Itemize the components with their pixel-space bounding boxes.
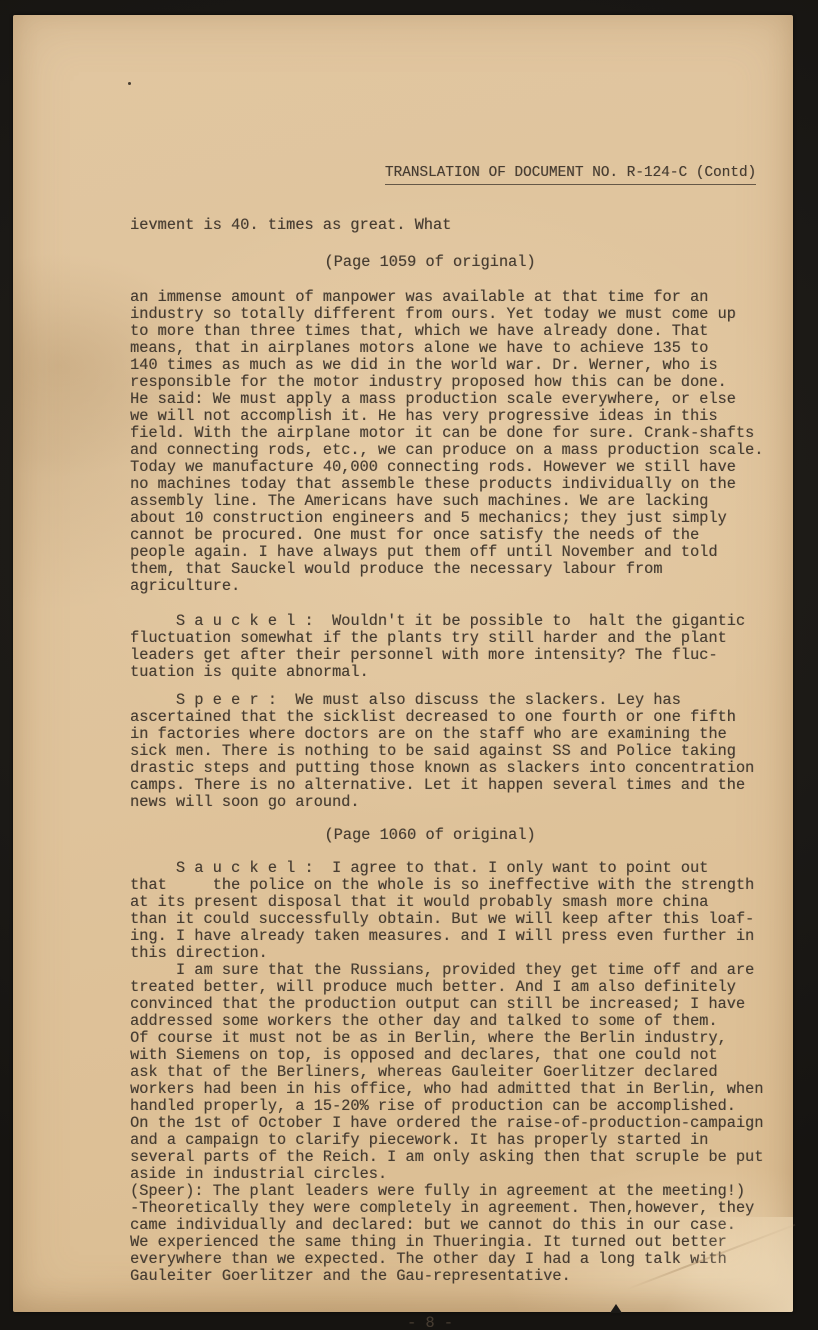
edge-tear [610, 1304, 622, 1313]
paragraph-sauckel-fluctuation: S a u c k e l : Wouldn't it be possible … [130, 613, 793, 681]
typewritten-content: TRANSLATION OF DOCUMENT NO. R-124-C (Con… [13, 15, 793, 1330]
paragraph-speer-slackers: S p e e r : We must also discuss the sla… [130, 692, 793, 811]
document-title-text: TRANSLATION OF DOCUMENT NO. R-124-C (Con… [385, 165, 756, 185]
document-title: TRANSLATION OF DOCUMENT NO. R-124-C (Con… [333, 148, 793, 202]
page-marker-1060: (Page 1060 of original) [130, 827, 730, 844]
corner-fold [618, 1217, 793, 1312]
page-number: - 8 - [130, 1315, 730, 1330]
ink-speck [128, 82, 131, 85]
document-page: TRANSLATION OF DOCUMENT NO. R-124-C (Con… [13, 15, 793, 1312]
scan-mat: { "colors": { "paper": "#dfc39b", "ink":… [0, 0, 818, 1330]
paragraph-speer-production: an immense amount of manpower was availa… [130, 289, 793, 595]
carryover-line: ievment is 40. times as great. What [130, 217, 793, 234]
page-marker-1059: (Page 1059 of original) [130, 254, 730, 271]
